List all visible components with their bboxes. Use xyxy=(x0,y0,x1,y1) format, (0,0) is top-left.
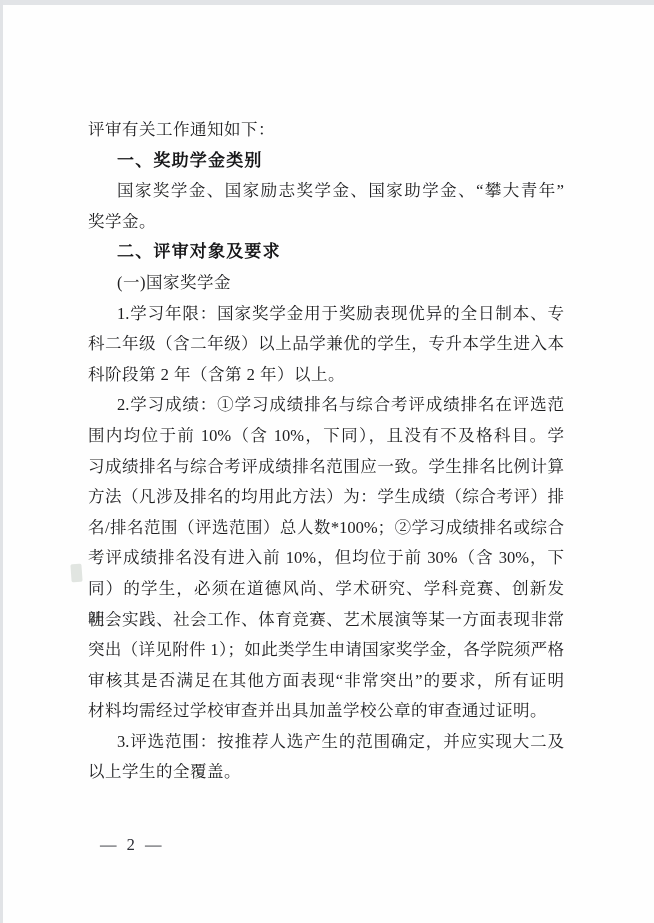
text-line: 奖学金。 xyxy=(88,207,564,238)
text-line: 习成绩排名与综合考评成绩排名范围应一致。学生排名比例计算 xyxy=(88,452,564,483)
page-number: — 2 — xyxy=(100,835,165,855)
text-line: 以上学生的全覆盖。 xyxy=(88,757,564,788)
text-line: 围内均位于前 10%（含 10%，下同），且没有不及格科目。学 xyxy=(88,421,564,452)
text-line: 1.学习年限：国家奖学金用于奖励表现优异的全日制本、专 xyxy=(88,299,564,330)
section-heading-2: 二、评审对象及要求 xyxy=(88,237,564,268)
sub-heading-national: (一)国家奖学金 xyxy=(88,268,564,299)
text-line: 社会实践、社会工作、体育竞赛、艺术展演等某一方面表现非常 xyxy=(88,605,564,636)
scan-artifact xyxy=(70,564,82,583)
text-line: 同）的学生，必须在道德风尚、学术研究、学科竞赛、创新发明、 xyxy=(88,574,564,605)
text-line-intro: 评审有关工作通知如下： xyxy=(88,115,564,146)
text-line: 科二年级（含二年级）以上品学兼优的学生，专升本学生进入本 xyxy=(88,329,564,360)
text-line: 材料均需经过学校审查并出具加盖学校公章的审查通过证明。 xyxy=(88,696,564,727)
text-line: 国家奖学金、国家励志奖学金、国家助学金、“攀大青年” xyxy=(88,176,564,207)
scan-border-top xyxy=(0,0,654,5)
text-line: 审核其是否满足在其他方面表现“非常突出”的要求，所有证明 xyxy=(88,666,564,697)
document-page: 评审有关工作通知如下： 一、奖助学金类别 国家奖学金、国家励志奖学金、国家助学金… xyxy=(0,0,654,923)
text-line: 2.学习成绩：①学习成绩排名与综合考评成绩排名在评选范 xyxy=(88,390,564,421)
text-line: 科阶段第 2 年（含第 2 年）以上。 xyxy=(88,360,564,391)
section-heading-1: 一、奖助学金类别 xyxy=(88,146,564,177)
text-line: 名/排名范围（评选范围）总人数*100%；②学习成绩排名或综合 xyxy=(88,513,564,544)
text-line: 突出（详见附件 1）；如此类学生申请国家奖学金，各学院须严格 xyxy=(88,635,564,666)
document-body: 评审有关工作通知如下： 一、奖助学金类别 国家奖学金、国家励志奖学金、国家助学金… xyxy=(88,115,564,788)
text-line: 3.评选范围：按推荐人选产生的范围确定，并应实现大二及 xyxy=(88,727,564,758)
scan-border-left xyxy=(0,0,3,923)
text-line: 考评成绩排名没有进入前 10%，但均位于前 30%（含 30%，下 xyxy=(88,543,564,574)
text-line: 方法（凡涉及排名的均用此方法）为：学生成绩（综合考评）排 xyxy=(88,482,564,513)
